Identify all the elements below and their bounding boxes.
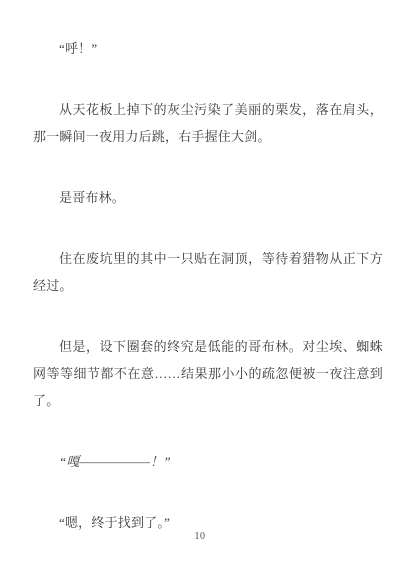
page-number: 10: [0, 531, 400, 542]
paragraph: “呼！”: [33, 35, 383, 62]
book-page: “呼！”从天花板上掉下的灰尘污染了美丽的栗发，落在肩头，那一瞬间一夜用力后跳，右…: [0, 0, 400, 567]
paragraph: 从天花板上掉下的灰尘污染了美丽的栗发，落在肩头，那一瞬间一夜用力后跳，右手握住大…: [33, 96, 383, 150]
page-content: “呼！”从天花板上掉下的灰尘污染了美丽的栗发，落在肩头，那一瞬间一夜用力后跳，右…: [33, 35, 383, 536]
paragraph: 住在废坑里的其中一只贴在洞顶，等待着猎物从正下方经过。: [33, 245, 383, 299]
paragraph: 但是，设下圈套的终究是低能的哥布林。对尘埃、蜘蛛网等等细节都不在意……结果那小小…: [33, 333, 383, 414]
paragraph: “嘎——————！”: [33, 448, 383, 475]
paragraph: 是哥布林。: [33, 184, 383, 211]
